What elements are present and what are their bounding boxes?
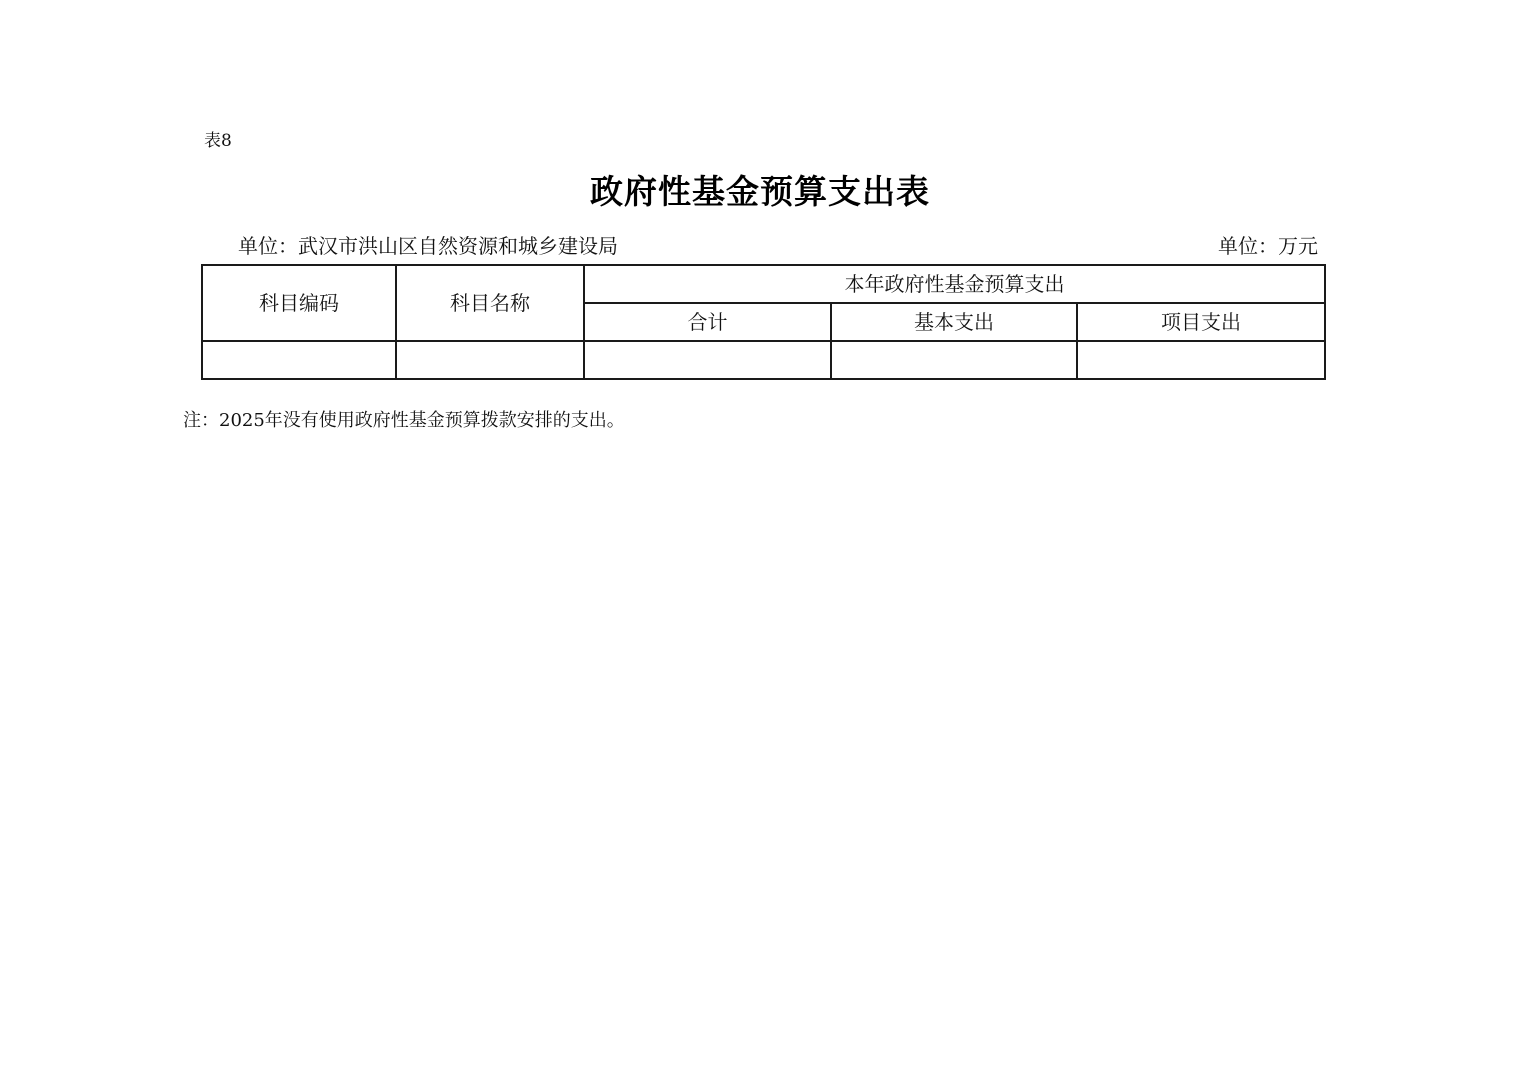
footnote: 注：2025年没有使用政府性基金预算拨款安排的支出。 xyxy=(183,409,625,433)
header-total: 合计 xyxy=(584,303,831,341)
cell-subject-name xyxy=(396,341,584,379)
cell-basic-expenditure xyxy=(831,341,1077,379)
organization-unit: 单位：武汉市洪山区自然资源和城乡建设局 xyxy=(238,233,618,259)
page-title: 政府性基金预算支出表 xyxy=(0,170,1520,214)
cell-subject-code xyxy=(202,341,396,379)
table-number-label: 表8 xyxy=(204,130,232,152)
budget-expenditure-table: 科目编码 科目名称 本年政府性基金预算支出 合计 基本支出 项目支出 xyxy=(201,264,1326,380)
cell-total xyxy=(584,341,831,379)
header-subject-name: 科目名称 xyxy=(396,265,584,341)
table-row xyxy=(202,341,1325,379)
currency-unit: 单位：万元 xyxy=(1218,233,1318,259)
header-basic-expenditure: 基本支出 xyxy=(831,303,1077,341)
header-project-expenditure: 项目支出 xyxy=(1077,303,1325,341)
header-current-year-expenditure: 本年政府性基金预算支出 xyxy=(584,265,1325,303)
header-row-1: 科目编码 科目名称 本年政府性基金预算支出 xyxy=(202,265,1325,303)
cell-project-expenditure xyxy=(1077,341,1325,379)
header-subject-code: 科目编码 xyxy=(202,265,396,341)
